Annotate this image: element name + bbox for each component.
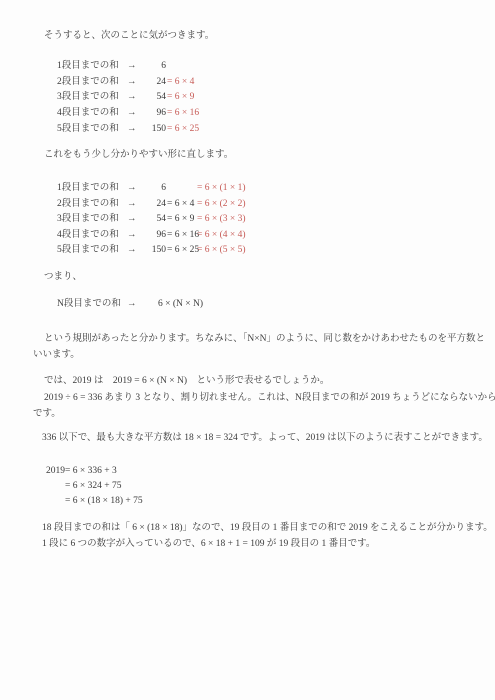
conclusion-line-2: 1 段に 6 つの数字が入っているので、6 × 18 + 1 = 109 が 1… bbox=[33, 537, 465, 553]
row-factorization-red: = 6 × 25 bbox=[167, 122, 199, 138]
row-sum-value: 24 bbox=[145, 197, 166, 213]
sum-row-5: 5段目までの和 → 150 = 6 × 25 bbox=[57, 122, 465, 138]
right-arrow-icon: → bbox=[127, 197, 145, 213]
row-factorization: = 6 × 16 bbox=[167, 228, 199, 244]
row-label: 2段目までの和 bbox=[57, 75, 127, 91]
row-factorization-red: = 6 × 4 bbox=[167, 75, 194, 91]
right-arrow-icon: → bbox=[127, 122, 145, 138]
general-rule-row: N段目までの和 → 6 × (N × N) bbox=[57, 298, 465, 311]
general-rule-expression: 6 × (N × N) bbox=[158, 298, 203, 311]
question-line-1: では、2019 は 2019 = 6 × (N × N) という形で表せるでしょ… bbox=[33, 373, 465, 390]
intro-paragraph: そうすると、次のことに気がつきます。 bbox=[33, 30, 465, 43]
conclusion-line-1: 18 段目までの和は「 6 × (18 × 18)」なので、19 段目の 1 番… bbox=[33, 521, 465, 537]
question-line-3: です。 bbox=[33, 406, 465, 423]
row-square-form-red: = 6 × (3 × 3) bbox=[197, 212, 246, 228]
row-square-form-red: = 6 × (5 × 5) bbox=[197, 243, 246, 259]
row-square-form-red: = 6 × (1 × 1) bbox=[197, 181, 246, 197]
right-arrow-icon: → bbox=[127, 298, 145, 311]
sum-row-1: 1段目までの和 → 6 bbox=[57, 59, 465, 75]
equation-lhs: 2019 bbox=[44, 464, 65, 479]
right-arrow-icon: → bbox=[127, 106, 145, 122]
row-label: 3段目までの和 bbox=[57, 90, 127, 106]
equation-block: 2019 = 6 × 336 + 3 = 6 × 324 + 75 = 6 × … bbox=[44, 464, 465, 510]
row-sum-value: 24 bbox=[145, 75, 166, 91]
equation-rhs: = 6 × (18 × 18) + 75 bbox=[65, 494, 143, 509]
right-arrow-icon: → bbox=[127, 59, 145, 75]
row-sum-value: 150 bbox=[145, 243, 166, 259]
row-sum-value: 96 bbox=[145, 228, 166, 244]
rule-line-2: いいます。 bbox=[33, 347, 465, 363]
conclusion-paragraph: 18 段目までの和は「 6 × (18 × 18)」なので、19 段目の 1 番… bbox=[33, 521, 465, 552]
row-factorization-red: = 6 × 9 bbox=[167, 90, 194, 106]
document-page: そうすると、次のことに気がつきます。 1段目までの和 → 6 2段目までの和 →… bbox=[0, 0, 495, 700]
square-row-3: 3段目までの和 → 54 = 6 × 9 = 6 × (3 × 3) bbox=[57, 212, 465, 228]
sum-row-2: 2段目までの和 → 24 = 6 × 4 bbox=[57, 75, 465, 91]
row-label: 5段目までの和 bbox=[57, 122, 127, 138]
right-arrow-icon: → bbox=[127, 243, 145, 259]
rule-paragraph: という規則があったと分かります。ちなみに、「N×N」のように、同じ数をかけあわせ… bbox=[33, 331, 465, 363]
row-sum-value: 54 bbox=[145, 90, 166, 106]
row-factorization: = 6 × 25 bbox=[167, 243, 199, 259]
rule-line-1: という規則があったと分かります。ちなみに、「N×N」のように、同じ数をかけあわせ… bbox=[33, 331, 465, 347]
row-sum-value: 150 bbox=[145, 122, 166, 138]
square-row-4: 4段目までの和 → 96 = 6 × 16 = 6 × (4 × 4) bbox=[57, 228, 465, 244]
right-arrow-icon: → bbox=[127, 181, 145, 197]
row-factorization-red: = 6 × 16 bbox=[167, 106, 199, 122]
row-label: 4段目までの和 bbox=[57, 228, 127, 244]
equation-rhs: = 6 × 336 + 3 bbox=[65, 464, 117, 479]
square-row-1: 1段目までの和 → 6 = 6 × (1 × 1) bbox=[57, 181, 465, 197]
equation-rhs: = 6 × 324 + 75 bbox=[65, 479, 121, 494]
right-arrow-icon: → bbox=[127, 75, 145, 91]
row-label: 1段目までの和 bbox=[57, 59, 127, 75]
right-arrow-icon: → bbox=[127, 90, 145, 106]
sum-list-1: 1段目までの和 → 6 2段目までの和 → 24 = 6 × 4 3段目までの和… bbox=[57, 59, 465, 137]
largest-square-paragraph: 336 以下で、最も大きな平方数は 18 × 18 = 324 です。よって、2… bbox=[33, 432, 465, 445]
row-label: 1段目までの和 bbox=[57, 181, 127, 197]
right-arrow-icon: → bbox=[127, 212, 145, 228]
row-label: N段目までの和 bbox=[57, 298, 127, 311]
equation-lhs-empty bbox=[44, 479, 65, 494]
row-sum-value: 6 bbox=[145, 181, 166, 197]
row-factorization: = 6 × 9 bbox=[167, 212, 194, 228]
equation-line-3: = 6 × (18 × 18) + 75 bbox=[44, 494, 465, 509]
row-sum-value: 6 bbox=[145, 59, 166, 75]
row-factorization: = 6 × 4 bbox=[167, 197, 194, 213]
row-label: 4段目までの和 bbox=[57, 106, 127, 122]
right-arrow-icon: → bbox=[127, 228, 145, 244]
tsumari-paragraph: つまり、 bbox=[33, 271, 465, 284]
row-label: 2段目までの和 bbox=[57, 197, 127, 213]
question-line-2: 2019 ÷ 6 = 336 あまり 3 となり、割り切れません。これは、N段目… bbox=[33, 390, 465, 407]
equation-lhs-empty bbox=[44, 494, 65, 509]
square-row-5: 5段目までの和 → 150 = 6 × 25 = 6 × (5 × 5) bbox=[57, 243, 465, 259]
row-label: 3段目までの和 bbox=[57, 212, 127, 228]
equation-line-1: 2019 = 6 × 336 + 3 bbox=[44, 464, 465, 479]
sum-row-3: 3段目までの和 → 54 = 6 × 9 bbox=[57, 90, 465, 106]
sum-list-2: 1段目までの和 → 6 = 6 × (1 × 1) 2段目までの和 → 24 =… bbox=[57, 181, 465, 259]
row-square-form-red: = 6 × (2 × 2) bbox=[197, 197, 246, 213]
sum-row-4: 4段目までの和 → 96 = 6 × 16 bbox=[57, 106, 465, 122]
equation-line-2: = 6 × 324 + 75 bbox=[44, 479, 465, 494]
square-row-2: 2段目までの和 → 24 = 6 × 4 = 6 × (2 × 2) bbox=[57, 197, 465, 213]
row-square-form-red: = 6 × (4 × 4) bbox=[197, 228, 246, 244]
row-sum-value: 96 bbox=[145, 106, 166, 122]
row-sum-value: 54 bbox=[145, 212, 166, 228]
row-label: 5段目までの和 bbox=[57, 243, 127, 259]
transition-paragraph: これをもう少し分かりやすい形に直します。 bbox=[33, 149, 465, 162]
question-paragraph: では、2019 は 2019 = 6 × (N × N) という形で表せるでしょ… bbox=[33, 373, 465, 423]
